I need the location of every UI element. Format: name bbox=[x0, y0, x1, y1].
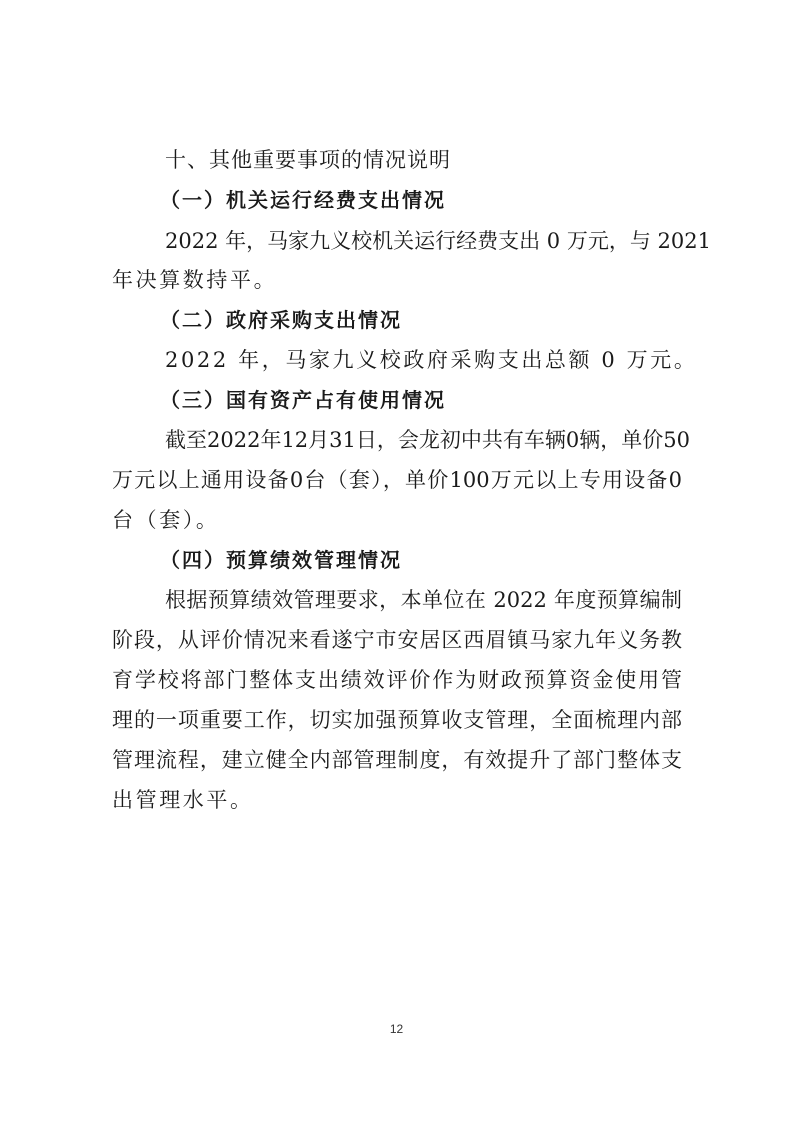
paragraph-line: 管理流程，建立健全内部管理制度，有效提升了部门整体支 bbox=[112, 746, 682, 774]
paragraph-line: 理的一项重要工作，切实加强预算收支管理，全面梳理内部 bbox=[112, 706, 682, 734]
paragraph-line: 2022 年，马家九义校政府采购支出总额 0 万元。 bbox=[165, 346, 735, 374]
section-title: 十、其他重要事项的情况说明 bbox=[165, 146, 735, 174]
paragraph-line: 2022 年，马家九义校机关运行经费支出 0 万元，与 2021 bbox=[165, 227, 682, 255]
subsection-heading-2: （二）政府采购支出情况 bbox=[160, 306, 730, 334]
paragraph-line: 万元以上通用设备0台（套），单价100万元以上专用设备0 bbox=[112, 466, 682, 494]
paragraph-line: 出管理水平。 bbox=[112, 786, 682, 814]
paragraph-line: 根据预算绩效管理要求，本单位在 2022 年度预算编制 bbox=[165, 586, 682, 614]
paragraph-line: 阶段，从评价情况来看遂宁市安居区西眉镇马家九年义务教 bbox=[112, 626, 682, 654]
subsection-heading-3: （三）国有资产占有使用情况 bbox=[160, 386, 730, 414]
document-page: 十、其他重要事项的情况说明 （一）机关运行经费支出情况 2022 年，马家九义校… bbox=[0, 0, 793, 1122]
paragraph-line: 台（套）。 bbox=[112, 506, 682, 534]
paragraph-line: 育学校将部门整体支出绩效评价作为财政预算资金使用管 bbox=[112, 666, 682, 694]
subsection-heading-4: （四）预算绩效管理情况 bbox=[160, 546, 730, 574]
paragraph-line: 年决算数持平。 bbox=[112, 266, 682, 294]
subsection-heading-1: （一）机关运行经费支出情况 bbox=[160, 186, 730, 214]
page-number: 12 bbox=[0, 1022, 793, 1036]
paragraph-line: 截至2022年12月31日，会龙初中共有车辆0辆，单价50 bbox=[165, 426, 682, 454]
